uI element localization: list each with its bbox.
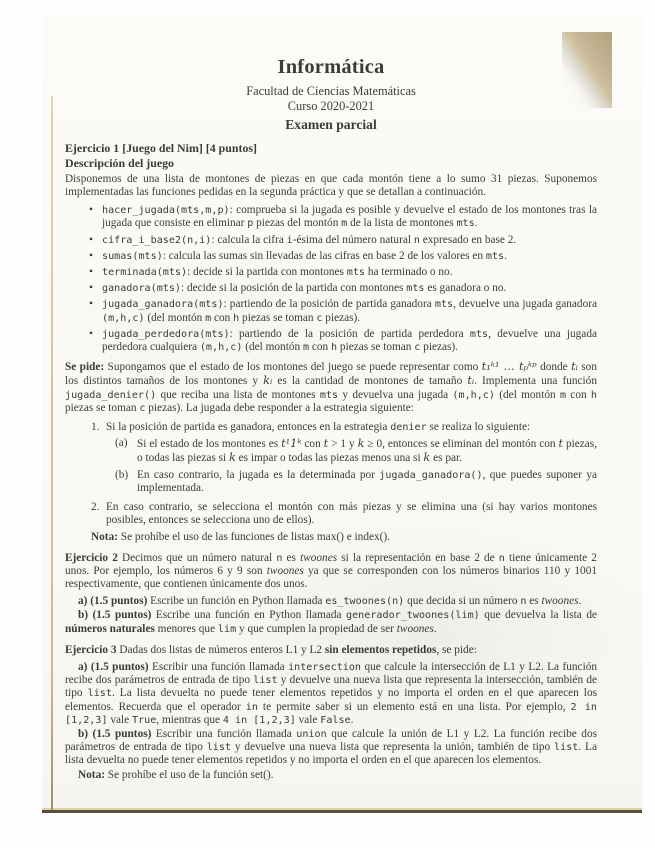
- function-item-ganadora: • ganadora(mts): decide si la posición d…: [65, 282, 597, 295]
- exercise1-nota: Nota: Se prohíbe el uso de las funciones…: [65, 531, 597, 544]
- strategy-item-2-text: En caso contrario, se selecciona el mont…: [106, 501, 597, 527]
- exercise3-item-a: a) (1.5 puntos) Escribir una función lla…: [65, 661, 597, 727]
- exercise3-intro: Ejercicio 3 Dadas dos listas de números …: [65, 644, 597, 657]
- page-content: Informática Facultad de Ciencias Matemát…: [42, 16, 642, 782]
- function-item-jugada-perdedora: • jugada_perdedora(mts): partiendo de la…: [65, 328, 597, 354]
- exercise-3: Ejercicio 3 Dadas dos listas de números …: [65, 644, 597, 782]
- se-pide-paragraph: Se pide: Supongamos que el estado de los…: [65, 360, 597, 415]
- function-item-sumas: • sumas(mts): calcula las sumas sin llev…: [65, 250, 597, 263]
- enum-marker: 2.: [91, 501, 106, 527]
- strategy-sublist: (a) Si el estado de los montones es t¹1ᵏ…: [106, 437, 597, 495]
- strategy-item-2: 2. En caso contrario, se selecciona el m…: [65, 501, 597, 527]
- bullet-marker: •: [89, 250, 102, 263]
- enum-marker: 1.: [91, 421, 106, 498]
- strategy-item-1b: (b) En caso contrario, la jugada es la d…: [106, 469, 597, 495]
- exam-paper: Informática Facultad de Ciencias Matemát…: [42, 16, 642, 813]
- function-item-text: ganadora(mts): decide si la posición de …: [102, 282, 597, 295]
- exercise-2: Ejercicio 2 Decimos que un número natura…: [65, 552, 597, 636]
- bullet-marker: •: [89, 298, 102, 324]
- exercise1-heading: Ejercicio 1 [Juego del Nim] [4 puntos]: [65, 142, 597, 156]
- strategy-item-1: 1. Si la posición de partida es ganadora…: [65, 421, 597, 498]
- bullet-marker: •: [89, 234, 102, 247]
- strategy-item-1b-text: En caso contrario, la jugada es la deter…: [137, 469, 597, 495]
- function-item-text: cifra_i_base2(n,i): calcula la cifra i-é…: [102, 234, 597, 247]
- enum-marker: (a): [115, 437, 137, 465]
- bullet-marker: •: [89, 266, 102, 279]
- bullet-marker: •: [89, 204, 102, 230]
- enum-marker: (b): [115, 469, 137, 495]
- document-header: Informática Facultad de Ciencias Matemát…: [65, 56, 597, 133]
- strategy-item-1a-text: Si el estado de los montones es t¹1ᵏ con…: [137, 437, 597, 465]
- course-line: Curso 2020-2021: [65, 99, 597, 114]
- strategy-item-1-intro: Si la posición de partida es ganadora, e…: [106, 421, 597, 434]
- photo-backdrop: Informática Facultad de Ciencias Matemát…: [0, 0, 655, 848]
- exam-type: Examen parcial: [65, 117, 597, 133]
- strategy-item-1a: (a) Si el estado de los montones es t¹1ᵏ…: [106, 437, 597, 465]
- exam-title: Informática: [65, 56, 597, 80]
- function-item-hacer-jugada: • hacer_jugada(mts,m,p): comprueba si la…: [65, 204, 597, 230]
- function-item-jugada-ganadora: • jugada_ganadora(mts): partiendo de la …: [65, 298, 597, 324]
- exercise3-nota: Nota: Se prohíbe el uso de la función se…: [65, 769, 597, 782]
- exercise2-intro: Ejercicio 2 Decimos que un número natura…: [65, 552, 597, 592]
- exercise2-item-a: a) (1.5 puntos) Escribe un función en Py…: [65, 595, 597, 608]
- function-item-text: sumas(mts): calcula las sumas sin llevad…: [102, 250, 597, 263]
- function-item-terminada: • terminada(mts): decide si la partida c…: [65, 266, 597, 279]
- bullet-marker: •: [89, 328, 102, 354]
- exercise1-intro: Disponemos de una lista de montones de p…: [65, 173, 597, 199]
- strategy-item-1-body: Si la posición de partida es ganadora, e…: [106, 421, 597, 498]
- strategy-list: 1. Si la posición de partida es ganadora…: [65, 421, 597, 527]
- function-item-text: terminada(mts): decide si la partida con…: [102, 266, 597, 279]
- exercise3-item-b: b) (1.5 puntos) Escribir una función lla…: [65, 728, 597, 768]
- function-item-text: jugada_ganadora(mts): partiendo de la po…: [102, 298, 597, 324]
- function-item-text: jugada_perdedora(mts): partiendo de la p…: [102, 328, 597, 354]
- functions-list: • hacer_jugada(mts,m,p): comprueba si la…: [65, 204, 597, 354]
- function-item-text: hacer_jugada(mts,m,p): comprueba si la j…: [102, 204, 597, 230]
- exercise-1: Ejercicio 1 [Juego del Nim] [4 puntos] D…: [65, 142, 597, 545]
- function-item-cifra-i-base2: • cifra_i_base2(n,i): calcula la cifra i…: [65, 234, 597, 247]
- exercise2-item-b: b) (1.5 puntos) Escribe una función en P…: [65, 609, 597, 635]
- faculty-line: Facultad de Ciencias Matemáticas: [65, 84, 597, 99]
- bullet-marker: •: [89, 282, 102, 295]
- exercise1-subheading: Descripción del juego: [65, 157, 597, 171]
